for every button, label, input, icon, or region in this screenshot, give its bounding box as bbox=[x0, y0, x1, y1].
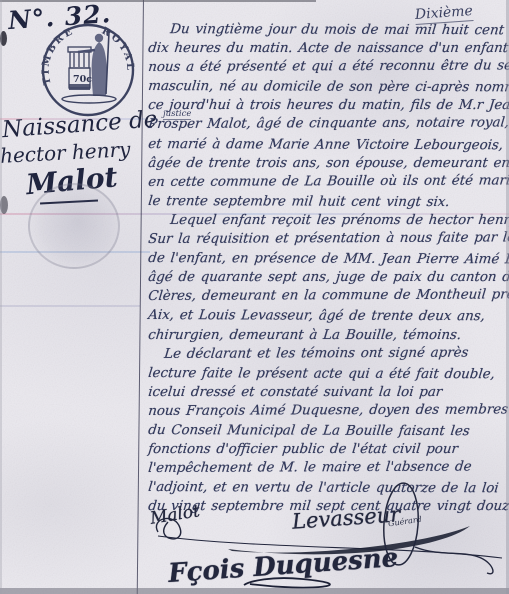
timbre-royal-stamp: TIMBRE ROYAL 70c bbox=[40, 22, 136, 118]
body-line: fonctions d'officier public de l'état ci… bbox=[147, 442, 509, 461]
interlinear-insertion: justice bbox=[163, 109, 191, 120]
body-line: Du vingtième jour du mois de mai mil hui… bbox=[147, 22, 509, 42]
body-line: Le déclarant et les témoins ont signé ap… bbox=[147, 345, 509, 366]
surname-underline bbox=[40, 199, 98, 204]
body-line: dix heures du matin. Acte de naissance d… bbox=[147, 41, 509, 60]
margin-rule-line bbox=[137, 0, 145, 594]
scan-edge-left bbox=[0, 0, 2, 594]
body-line: et marié à dame Marie Anne Victoire Lebo… bbox=[147, 137, 509, 157]
body-line: le trente septembre mil huit cent vingt … bbox=[147, 194, 509, 214]
body-line: de l'enfant, en présence de MM. Jean Pie… bbox=[147, 251, 509, 271]
edge-smudge bbox=[0, 31, 7, 46]
stamp-arc-left-text: TIMBRE bbox=[41, 26, 77, 86]
body-line: âgée de trente trois ans, son épouse, de… bbox=[147, 156, 509, 175]
body-line: lecture faite le présent acte qui a été … bbox=[147, 366, 509, 386]
body-line: nous François Aimé Duquesne, doyen des m… bbox=[147, 402, 509, 423]
body-line: âgé de quarante sept ans, juge de paix d… bbox=[147, 270, 509, 289]
scan-streak bbox=[0, 251, 150, 253]
body-line: Clères, demeurant en la commune de Month… bbox=[147, 288, 509, 309]
stamp-ribbon bbox=[69, 84, 90, 90]
body-line: masculin, né au domicile de son père ci-… bbox=[147, 79, 509, 99]
body-line: ce jourd'hui à trois heures du matin, fi… bbox=[147, 98, 509, 117]
body-line: Prosper Malot, âgé de cinquante ans, not… bbox=[147, 116, 509, 137]
body-line: icelui dressé et constaté suivant la loi… bbox=[147, 385, 509, 404]
body-line: l'empêchement de M. le maire et l'absenc… bbox=[147, 460, 509, 481]
edge-smudge bbox=[0, 196, 8, 214]
scan-streak bbox=[0, 305, 140, 307]
body-line: l'adjoint, et en vertu de l'article quat… bbox=[147, 480, 509, 500]
body-line: nous a été présenté et qui a été reconnu… bbox=[147, 59, 509, 80]
scan-edge-top bbox=[0, 0, 316, 2]
stamp-base bbox=[62, 95, 116, 103]
body-line: en cette commune de La Bouille où ils on… bbox=[147, 173, 509, 194]
body-line: Aix, et Louis Levasseur, âgé de trente d… bbox=[147, 308, 509, 328]
svg-text:TIMBRE: TIMBRE bbox=[41, 26, 77, 86]
body-line: chirurgien, demeurant à La Bouille, témo… bbox=[147, 328, 509, 347]
scan-edge-bottom bbox=[0, 588, 509, 594]
stamp-denomination: 70c bbox=[73, 74, 92, 85]
body-line: du Conseil Municipal de La Bouille faisa… bbox=[147, 423, 509, 443]
body-line: Lequel enfant reçoit les prénoms de hect… bbox=[147, 213, 509, 232]
body-line: Sur la réquisition et présentation à nou… bbox=[147, 230, 509, 251]
act-body-text: Du vingtième jour du mois de mai mil hui… bbox=[147, 22, 509, 518]
scanned-birth-certificate: N°. 32. TIMBRE ROYAL 70c bbox=[0, 0, 509, 594]
signature-officer: Fçois Duquesne bbox=[167, 543, 399, 589]
